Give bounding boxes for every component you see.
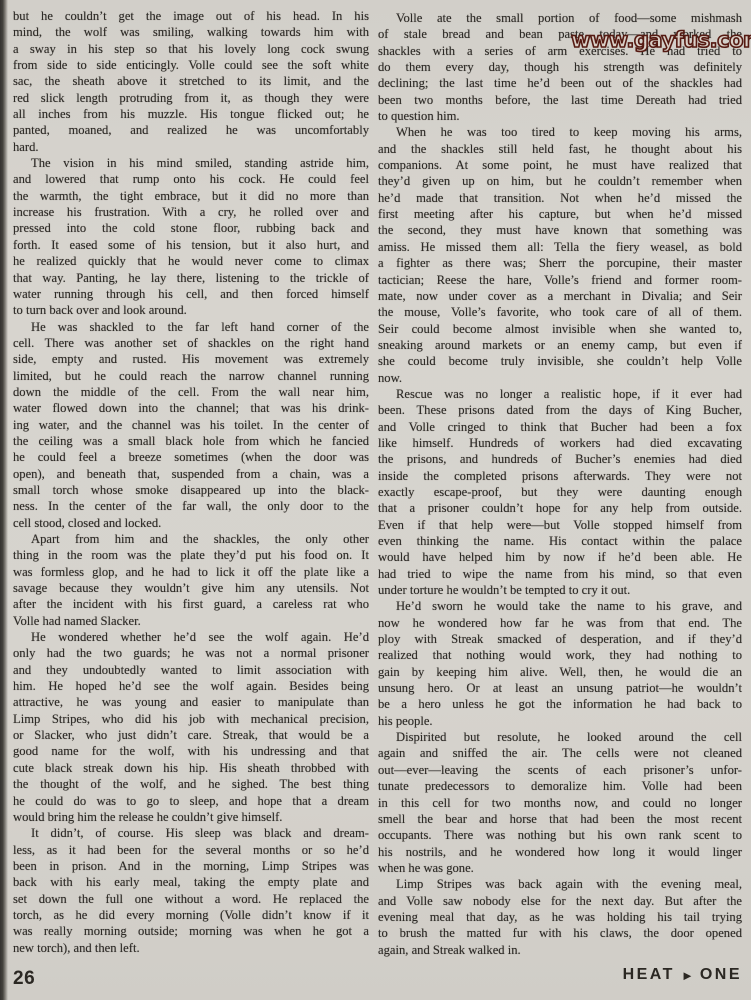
paragraph: Apart from him and the shackles, the onl… (13, 531, 369, 629)
text-line: The vision in his mind smiled, standing … (13, 155, 369, 171)
text-line: Volle ate the small portion of food—some… (378, 10, 742, 26)
text-line: his people. (378, 713, 742, 729)
text-line: hard. (13, 139, 369, 155)
text-line: from side to side enticingly. Volle coul… (13, 57, 369, 73)
text-line: would bring him the release he couldn’t … (13, 809, 369, 825)
text-line: had tried to wipe the name from his mind… (378, 566, 742, 582)
text-line: ness. In the center of the far wall, the… (13, 498, 369, 514)
text-line: they’d given up on him, but he couldn’t … (378, 173, 742, 189)
left-column: but he couldn’t get the image out of his… (13, 8, 369, 956)
paragraph: He wondered whether he’d see the wolf ag… (13, 629, 369, 825)
text-line: gain by keeping him alive. Well, then, h… (378, 664, 742, 680)
text-line: only had the two guards; he was not a no… (13, 645, 369, 661)
text-line: sneaking around markets or an enemy camp… (378, 337, 742, 353)
paragraph: When he was too tired to keep moving his… (378, 124, 742, 386)
text-line: Volle had named Slacker. (13, 613, 369, 629)
page-number: 26 (13, 968, 35, 990)
text-line: was formless glop, and he had to lick it… (13, 564, 369, 580)
running-footer: HEAT ► ONE (623, 966, 742, 984)
text-line: limited, but he could reach the narrow c… (13, 368, 369, 384)
text-line: Dispirited but resolute, he looked aroun… (378, 729, 742, 745)
text-line: he could do was to go to sleep, and hope… (13, 793, 369, 809)
text-line: he realized quickly that he would never … (13, 253, 369, 269)
scan-binding-edge (0, 0, 8, 1000)
running-title-right: ONE (700, 966, 742, 984)
text-line: savage because they wouldn’t give him an… (13, 580, 369, 596)
text-line: It didn’t, of course. His sleep was blac… (13, 825, 369, 841)
text-line: thing in the room was the plate they’d p… (13, 547, 369, 563)
text-line: exactly escape-proof, but they were daun… (378, 484, 742, 500)
text-line: new torch), and then left. (13, 940, 369, 956)
text-line: occupants. There was nothing but his own… (378, 827, 742, 843)
text-line: forth. It eased some of his tension, but… (13, 237, 369, 253)
text-line: that way. Panting, he lay there, listeni… (13, 270, 369, 286)
arrow-right-icon: ► (681, 968, 694, 983)
text-line: in this cell for two months now, and cou… (378, 795, 742, 811)
text-line: down the middle of the cell. From the wa… (13, 384, 369, 400)
paragraph: The vision in his mind smiled, standing … (13, 155, 369, 318)
text-line: Seir could become almost invisible when … (378, 321, 742, 337)
text-line: companions. At some point, he must have … (378, 157, 742, 173)
text-line: under torture he wouldn’t be tempted to … (378, 582, 742, 598)
text-line: increase his frustration. With a cry, he… (13, 204, 369, 220)
running-title-left: HEAT (623, 966, 675, 984)
text-line: open), and beneath that, suspended from … (13, 466, 369, 482)
text-line: him. He hoped he’d see the wolf again. B… (13, 678, 369, 694)
text-line: the warmth, the tight embrace, but it di… (13, 188, 369, 204)
text-line: Limp Stripes, who did his job with mecha… (13, 711, 369, 727)
text-line: declining; the last time he’d been out o… (378, 75, 742, 91)
paragraph: Dispirited but resolute, he looked aroun… (378, 729, 742, 876)
text-line: again, and Streak walked in. (378, 942, 742, 958)
text-line: out—ever—leaving the scents of each pris… (378, 762, 742, 778)
text-line: been two months before, the last time De… (378, 92, 742, 108)
paragraph: but he couldn’t get the image out of his… (13, 8, 369, 155)
text-line: be a hero unless he got the information … (378, 696, 742, 712)
text-line: red slick length protruding from it, as … (13, 90, 369, 106)
text-line: inside the completed prisons afterwards.… (378, 468, 742, 484)
text-line: or Slacker, who just didn’t care. Streak… (13, 727, 369, 743)
text-line: Limp Stripes was back again with the eve… (378, 876, 742, 892)
text-line: and they undoubtedly wanted to limit ass… (13, 662, 369, 678)
text-line: even thinking the name. His contact with… (378, 533, 742, 549)
text-line: mate, now under cover as a merchant in D… (378, 288, 742, 304)
text-line: again and sniffed the air. The cells wer… (378, 745, 742, 761)
text-line: to question him. (378, 108, 742, 124)
paragraph: He’d sworn he would take the name to his… (378, 598, 742, 729)
text-line: set down the full one without a word. He… (13, 891, 369, 907)
text-line: panted, moaned, and realized he was unco… (13, 122, 369, 138)
text-line: the ceiling was a small black hole from … (13, 433, 369, 449)
text-line: He’d sworn he would take the name to his… (378, 598, 742, 614)
text-line: and Volle saw nobody else for the next d… (378, 893, 742, 909)
text-line: When he was too tired to keep moving his… (378, 124, 742, 140)
text-line: cell. There was another set of shackles … (13, 335, 369, 351)
text-line: to turn back over and look around. (13, 302, 369, 318)
text-line: all inches from his muzzle. His tongue f… (13, 106, 369, 122)
text-line: realized that nothing would work, they h… (378, 647, 742, 663)
paragraph: Limp Stripes was back again with the eve… (378, 876, 742, 958)
text-line: the prisons, and hundreds of Bucher’s en… (378, 451, 742, 467)
text-line: do them every day, though his strength w… (378, 59, 742, 75)
paragraph: It didn’t, of course. His sleep was blac… (13, 825, 369, 956)
text-line: He wondered whether he’d see the wolf ag… (13, 629, 369, 645)
text-line: evening meal that day, as he was holding… (378, 909, 742, 925)
text-line: like himself. Hundreds of workers had di… (378, 435, 742, 451)
text-line: He was shackled to the far left hand cor… (13, 319, 369, 335)
text-line: a fighter as there was; Sherr the porcup… (378, 255, 742, 271)
text-line: he’d made that transition. Not when he’d… (378, 190, 742, 206)
text-line: Apart from him and the shackles, the onl… (13, 531, 369, 547)
text-line: first meeting after his capture, but whe… (378, 206, 742, 222)
text-line: been in prison. And in the morning, Limp… (13, 858, 369, 874)
text-line: Even if that help were—but Volle stopped… (378, 517, 742, 533)
text-line: mind, the wolf was smiling, walking towa… (13, 24, 369, 40)
text-line: torch, as he did every morning (Volle di… (13, 907, 369, 923)
text-line: smell the bear and horse that had been t… (378, 811, 742, 827)
text-line: amiss. He missed them all: Tella the fie… (378, 239, 742, 255)
text-line: unsung hero. Or at least an unsung patri… (378, 680, 742, 696)
watermark-text: www.gayfus.com (571, 28, 751, 52)
text-line: the mouse, Volle’s favorite, who took ca… (378, 304, 742, 320)
text-line: now. (378, 370, 742, 386)
text-line: tactician; Reese the hare, Volle’s frien… (378, 272, 742, 288)
text-line: back with his early meal, taking the emp… (13, 874, 369, 890)
text-line: now he wondered how far he was from that… (378, 615, 742, 631)
text-line: Rescue was no longer a realistic hope, i… (378, 386, 742, 402)
text-line: that a prisoner couldn’t hope for any he… (378, 500, 742, 516)
text-line: water running through his cell, and then… (13, 286, 369, 302)
text-line: was really morning outside; morning was … (13, 923, 369, 939)
text-line: when he was gone. (378, 860, 742, 876)
text-line: ing water, and the channel was his toile… (13, 417, 369, 433)
paragraph: He was shackled to the far left hand cor… (13, 319, 369, 531)
text-line: pressed into the cold stone floor, rubbi… (13, 220, 369, 236)
text-line: side, empty and rusted. His movement was… (13, 351, 369, 367)
text-line: cell stood, closed and locked. (13, 515, 369, 531)
text-line: sac, the sheath above it stretched to it… (13, 73, 369, 89)
text-line: he could feel a breeze sometimes (when t… (13, 449, 369, 465)
right-column: Volle ate the small portion of food—some… (378, 10, 742, 958)
paragraph: Rescue was no longer a realistic hope, i… (378, 386, 742, 598)
text-line: but he couldn’t get the image out of his… (13, 8, 369, 24)
text-line: and lowered that rump onto his cock. He … (13, 171, 369, 187)
text-line: ploy with Streak smacked of desperation,… (378, 631, 742, 647)
text-line: cute black streak down his hip. His shea… (13, 760, 369, 776)
text-line: and the shackles still held fast, he tho… (378, 141, 742, 157)
text-line: small torch whose smoke disappeared up i… (13, 482, 369, 498)
text-line: a sway in his step so that his lovely lo… (13, 41, 369, 57)
text-line: water flowed down into the channel; that… (13, 400, 369, 416)
text-line: after the incident with his first guard,… (13, 596, 369, 612)
text-line: good name for the wolf, with his undress… (13, 743, 369, 759)
text-line: the second, they must have known that so… (378, 222, 742, 238)
text-line: she could become truly invisible, she co… (378, 353, 742, 369)
text-line: his nostrils, and he wondered how long i… (378, 844, 742, 860)
text-line: the thought of the wolf, and he sighed. … (13, 776, 369, 792)
text-line: been. These prisons dated from the days … (378, 402, 742, 418)
text-line: would have helped him by now if he’d bee… (378, 549, 742, 565)
text-line: tunate predecessors to demoralize him. V… (378, 778, 742, 794)
text-line: to brush the matted fur with his claws, … (378, 925, 742, 941)
text-line: less, as it had been for the several mon… (13, 842, 369, 858)
text-line: and Volle cringed to think that Bucher h… (378, 419, 742, 435)
text-line: attractive, he was young and easier to m… (13, 694, 369, 710)
